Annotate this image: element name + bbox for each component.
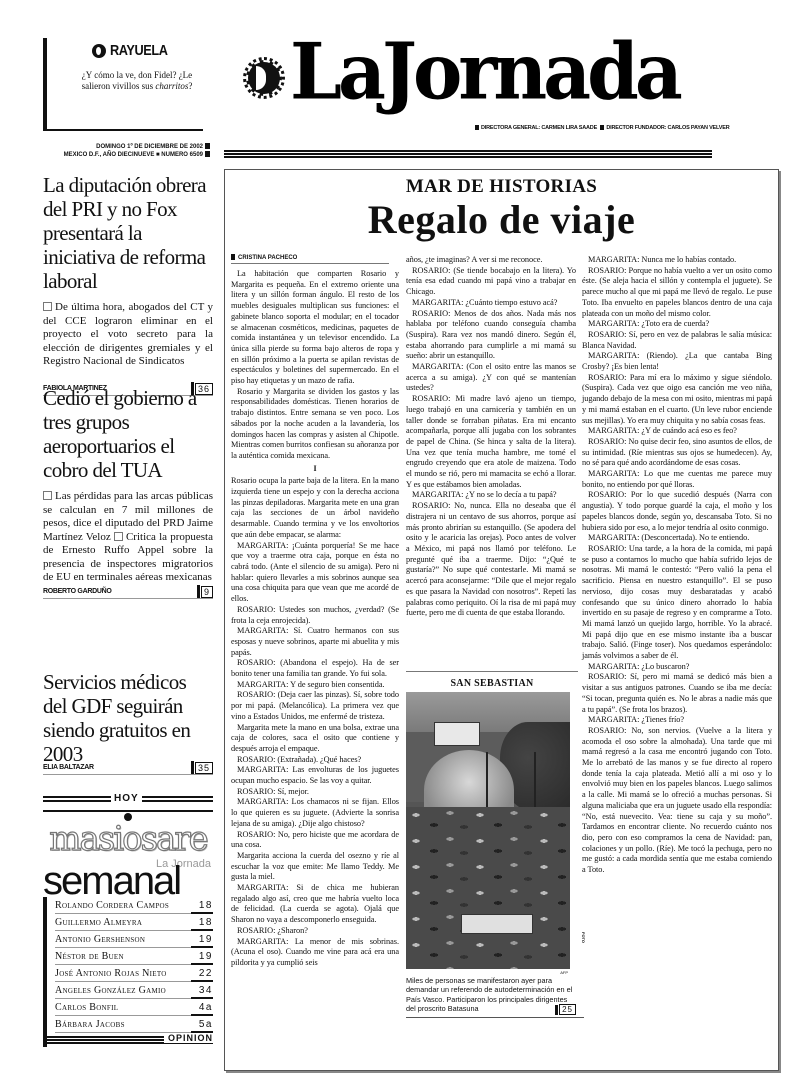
header-rule [224, 150, 712, 160]
supplement-masiosare[interactable]: masiosare [43, 813, 213, 855]
photo-caption: Miles de personas se manifestaron ayer p… [406, 976, 578, 1014]
opinion-item[interactable]: Rolando Cordera Campos18 [55, 897, 213, 914]
newspaper-nameplate: LaJornada [290, 26, 679, 118]
story-servicios-medicos[interactable]: Servicios médicos del GDF seguirán siend… [43, 670, 213, 775]
photo-block: SAN SEBASTIAN FOTO AFP Miles de personas… [406, 671, 578, 1018]
opinion-item[interactable]: Angeles González Gamio34 [55, 982, 213, 999]
rayuela-title: RAYUELA [110, 42, 167, 59]
photo-agency: AFP [406, 970, 578, 975]
protest-photo[interactable] [406, 692, 570, 969]
feature-kicker: MAR DE HISTORIAS [225, 176, 778, 198]
feature-headline[interactable]: Regalo de viaje [225, 198, 778, 242]
la-jornada-sun-logo-icon [240, 54, 288, 102]
umbrella-crowd [406, 807, 570, 969]
story-reforma-laboral[interactable]: La diputación obrera del PRI y no Fox pr… [43, 173, 213, 396]
supplement-semanal[interactable]: La Jornada semanal [43, 858, 213, 888]
square-bullet-icon [205, 143, 210, 149]
story-headline[interactable]: Cedió el gobierno a tres grupos aeroport… [43, 386, 213, 482]
opinion-item[interactable]: José Antonio Rojas Nieto22 [55, 965, 213, 982]
opinion-label: OPINION [164, 1033, 213, 1043]
dateline: DOMINGO 1º DE DICIEMBRE DE 2002 MEXICO D… [40, 143, 210, 159]
directors-line: DIRECTORA GENERAL: CARMEN LIRA SAADE DIR… [473, 125, 729, 131]
supplement-masiosare-title[interactable]: masiosare [43, 823, 213, 855]
page-reference[interactable]: 25 [555, 1004, 576, 1015]
opinion-index: Rolando Cordera Campos18 Guillermo Almey… [43, 897, 213, 1047]
square-bullet-icon [475, 125, 479, 130]
opinion-item[interactable]: Guillermo Almeyra18 [55, 914, 213, 931]
article-column-2: años, ¿te imaginas? A ver si me reconoce… [406, 255, 576, 619]
feature-author: CRISTINA PACHECO [231, 254, 389, 264]
issue-text: MEXICO D.F., AÑO DIECINUEVE ■ NUMERO 650… [64, 152, 203, 158]
article-column-1: La habitación que comparten Rosario y Ma… [231, 269, 399, 969]
opinion-item[interactable]: Antonio Gershenson19 [55, 931, 213, 948]
masthead: LaJornada [240, 28, 679, 116]
photo-title: SAN SEBASTIAN [406, 678, 578, 689]
story-tua[interactable]: Cedió el gobierno a tres grupos aeroport… [43, 386, 213, 599]
story-summary: De última hora, abogados del CT y del CC… [43, 301, 213, 369]
opinion-item[interactable]: Carlos Bonfil4a [55, 999, 213, 1016]
today-band: HOY [43, 793, 213, 815]
story-summary: Las pérdidas para las arcas públicas se … [43, 490, 213, 585]
story-headline[interactable]: Servicios médicos del GDF seguirán siend… [43, 670, 213, 766]
rayuela-header: RAYUELA [92, 42, 178, 59]
opinion-footer: OPINION [43, 1033, 213, 1047]
square-bullet-icon [43, 491, 52, 500]
photo-credit: FOTO [581, 932, 586, 943]
square-bullet-icon [205, 151, 210, 157]
opinion-item[interactable]: Bárbara Jacobs5a [55, 1016, 213, 1033]
square-bullet-icon [231, 254, 235, 260]
feature-article: MAR DE HISTORIAS Regalo de viaje CRISTIN… [224, 169, 779, 1071]
square-bullet-icon [600, 125, 604, 130]
page-reference[interactable]: 9 [197, 585, 213, 598]
page-reference[interactable]: 35 [191, 761, 213, 774]
supplement-semanal-title[interactable]: semanal [43, 862, 180, 900]
square-bullet-icon [114, 532, 123, 541]
story-headline[interactable]: La diputación obrera del PRI y no Fox pr… [43, 173, 213, 293]
date-text: DOMINGO 1º DE DICIEMBRE DE 2002 [96, 144, 203, 150]
article-column-3: MARGARITA: Nunca me lo habías contado. R… [582, 255, 772, 876]
protest-banner [434, 722, 480, 746]
rayuela-text: ¿Y cómo la ve, don Fidel? ¿Le salieron v… [71, 70, 203, 92]
story-byline: ELIA BALTAZAR 35 [43, 762, 213, 775]
opinion-item[interactable]: Néstor de Buen19 [55, 948, 213, 965]
section-mark: I [231, 464, 399, 475]
protest-banner [461, 914, 533, 934]
rayuela-box: RAYUELA ¿Y cómo la ve, don Fidel? ¿Le sa… [43, 38, 203, 131]
today-label: HOY [111, 793, 142, 804]
square-bullet-icon [43, 302, 52, 311]
story-byline: ROBERTO GARDUÑO 9 [43, 586, 213, 599]
sun-logo-icon [92, 44, 106, 58]
